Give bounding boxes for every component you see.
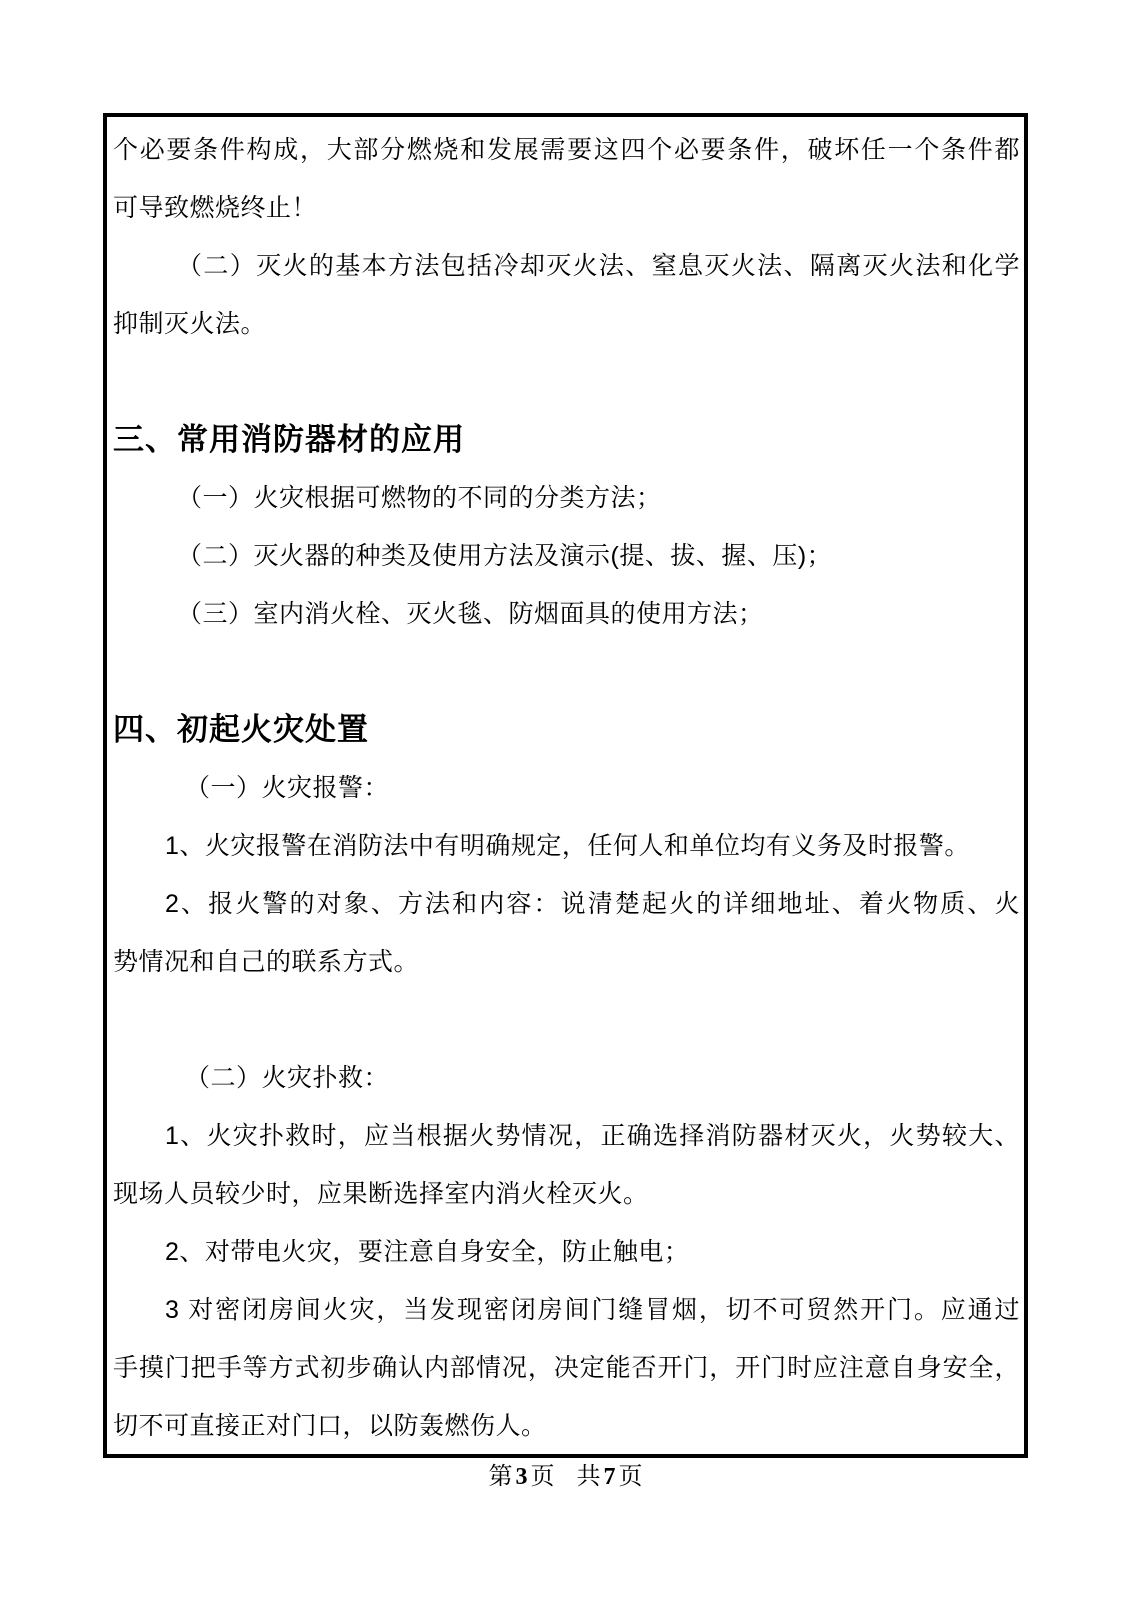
page-footer: 第3页共7页: [0, 1459, 1131, 1495]
total-prefix: 共: [577, 1464, 601, 1490]
section-heading: 四、初起火灾处置: [113, 701, 1020, 759]
text-line: （二）灭火的基本方法包括冷却灭火法、窒息灭火法、隔离灭火法和化学: [113, 237, 1020, 295]
total-pages-label: 共7页: [577, 1464, 643, 1490]
text-line: 现场人员较少时，应果断选择室内消火栓灭火。: [113, 1165, 1020, 1223]
page-suffix: 页: [531, 1464, 555, 1490]
text-line: 3 对密闭房间火灾，当发现密闭房间门缝冒烟，切不可贸然开门。应通过: [113, 1281, 1020, 1339]
blank-line: [113, 991, 1020, 1049]
blank-line: [113, 643, 1020, 701]
text-line: 2、对带电火灾，要注意自身安全，防止触电；: [113, 1223, 1020, 1281]
page-border-frame: 个必要条件构成，大部分燃烧和发展需要这四个必要条件，破坏任一个条件都可导致燃烧终…: [103, 113, 1028, 1458]
text-line: 势情况和自己的联系方式。: [113, 933, 1020, 991]
document-body: 个必要条件构成，大部分燃烧和发展需要这四个必要条件，破坏任一个条件都可导致燃烧终…: [113, 121, 1020, 1455]
text-line: 个必要条件构成，大部分燃烧和发展需要这四个必要条件，破坏任一个条件都: [113, 121, 1020, 179]
text-line: （三）室内消火栓、灭火毯、防烟面具的使用方法；: [113, 585, 1020, 643]
text-line: 切不可直接正对门口，以防轰燃伤人。: [113, 1397, 1020, 1455]
text-line: 抑制灭火法。: [113, 295, 1020, 353]
page-prefix: 第: [489, 1464, 513, 1490]
blank-line: [113, 353, 1020, 411]
total-pages: 7: [601, 1464, 619, 1490]
text-line: 可导致燃烧终止！: [113, 179, 1020, 237]
text-line: 1、火灾扑救时，应当根据火势情况，正确选择消防器材灭火，火势较大、: [113, 1107, 1020, 1165]
text-line: 手摸门把手等方式初步确认内部情况，决定能否开门，开门时应注意自身安全，: [113, 1339, 1020, 1397]
text-line: 1、火灾报警在消防法中有明确规定，任何人和单位均有义务及时报警。: [113, 817, 1020, 875]
text-line: （一）火灾报警：: [113, 759, 1020, 817]
section-heading: 三、常用消防器材的应用: [113, 411, 1020, 469]
page-number-label: 第3页: [489, 1464, 555, 1490]
total-suffix: 页: [619, 1464, 643, 1490]
page-number: 3: [513, 1464, 531, 1490]
document-page: 个必要条件构成，大部分燃烧和发展需要这四个必要条件，破坏任一个条件都可导致燃烧终…: [0, 0, 1131, 1600]
text-line: （一）火灾根据可燃物的不同的分类方法；: [113, 469, 1020, 527]
text-line: （二）灭火器的种类及使用方法及演示(提、拔、握、压)；: [113, 527, 1020, 585]
text-line: （二）火灾扑救：: [113, 1049, 1020, 1107]
text-line: 2、报火警的对象、方法和内容：说清楚起火的详细地址、着火物质、火: [113, 875, 1020, 933]
